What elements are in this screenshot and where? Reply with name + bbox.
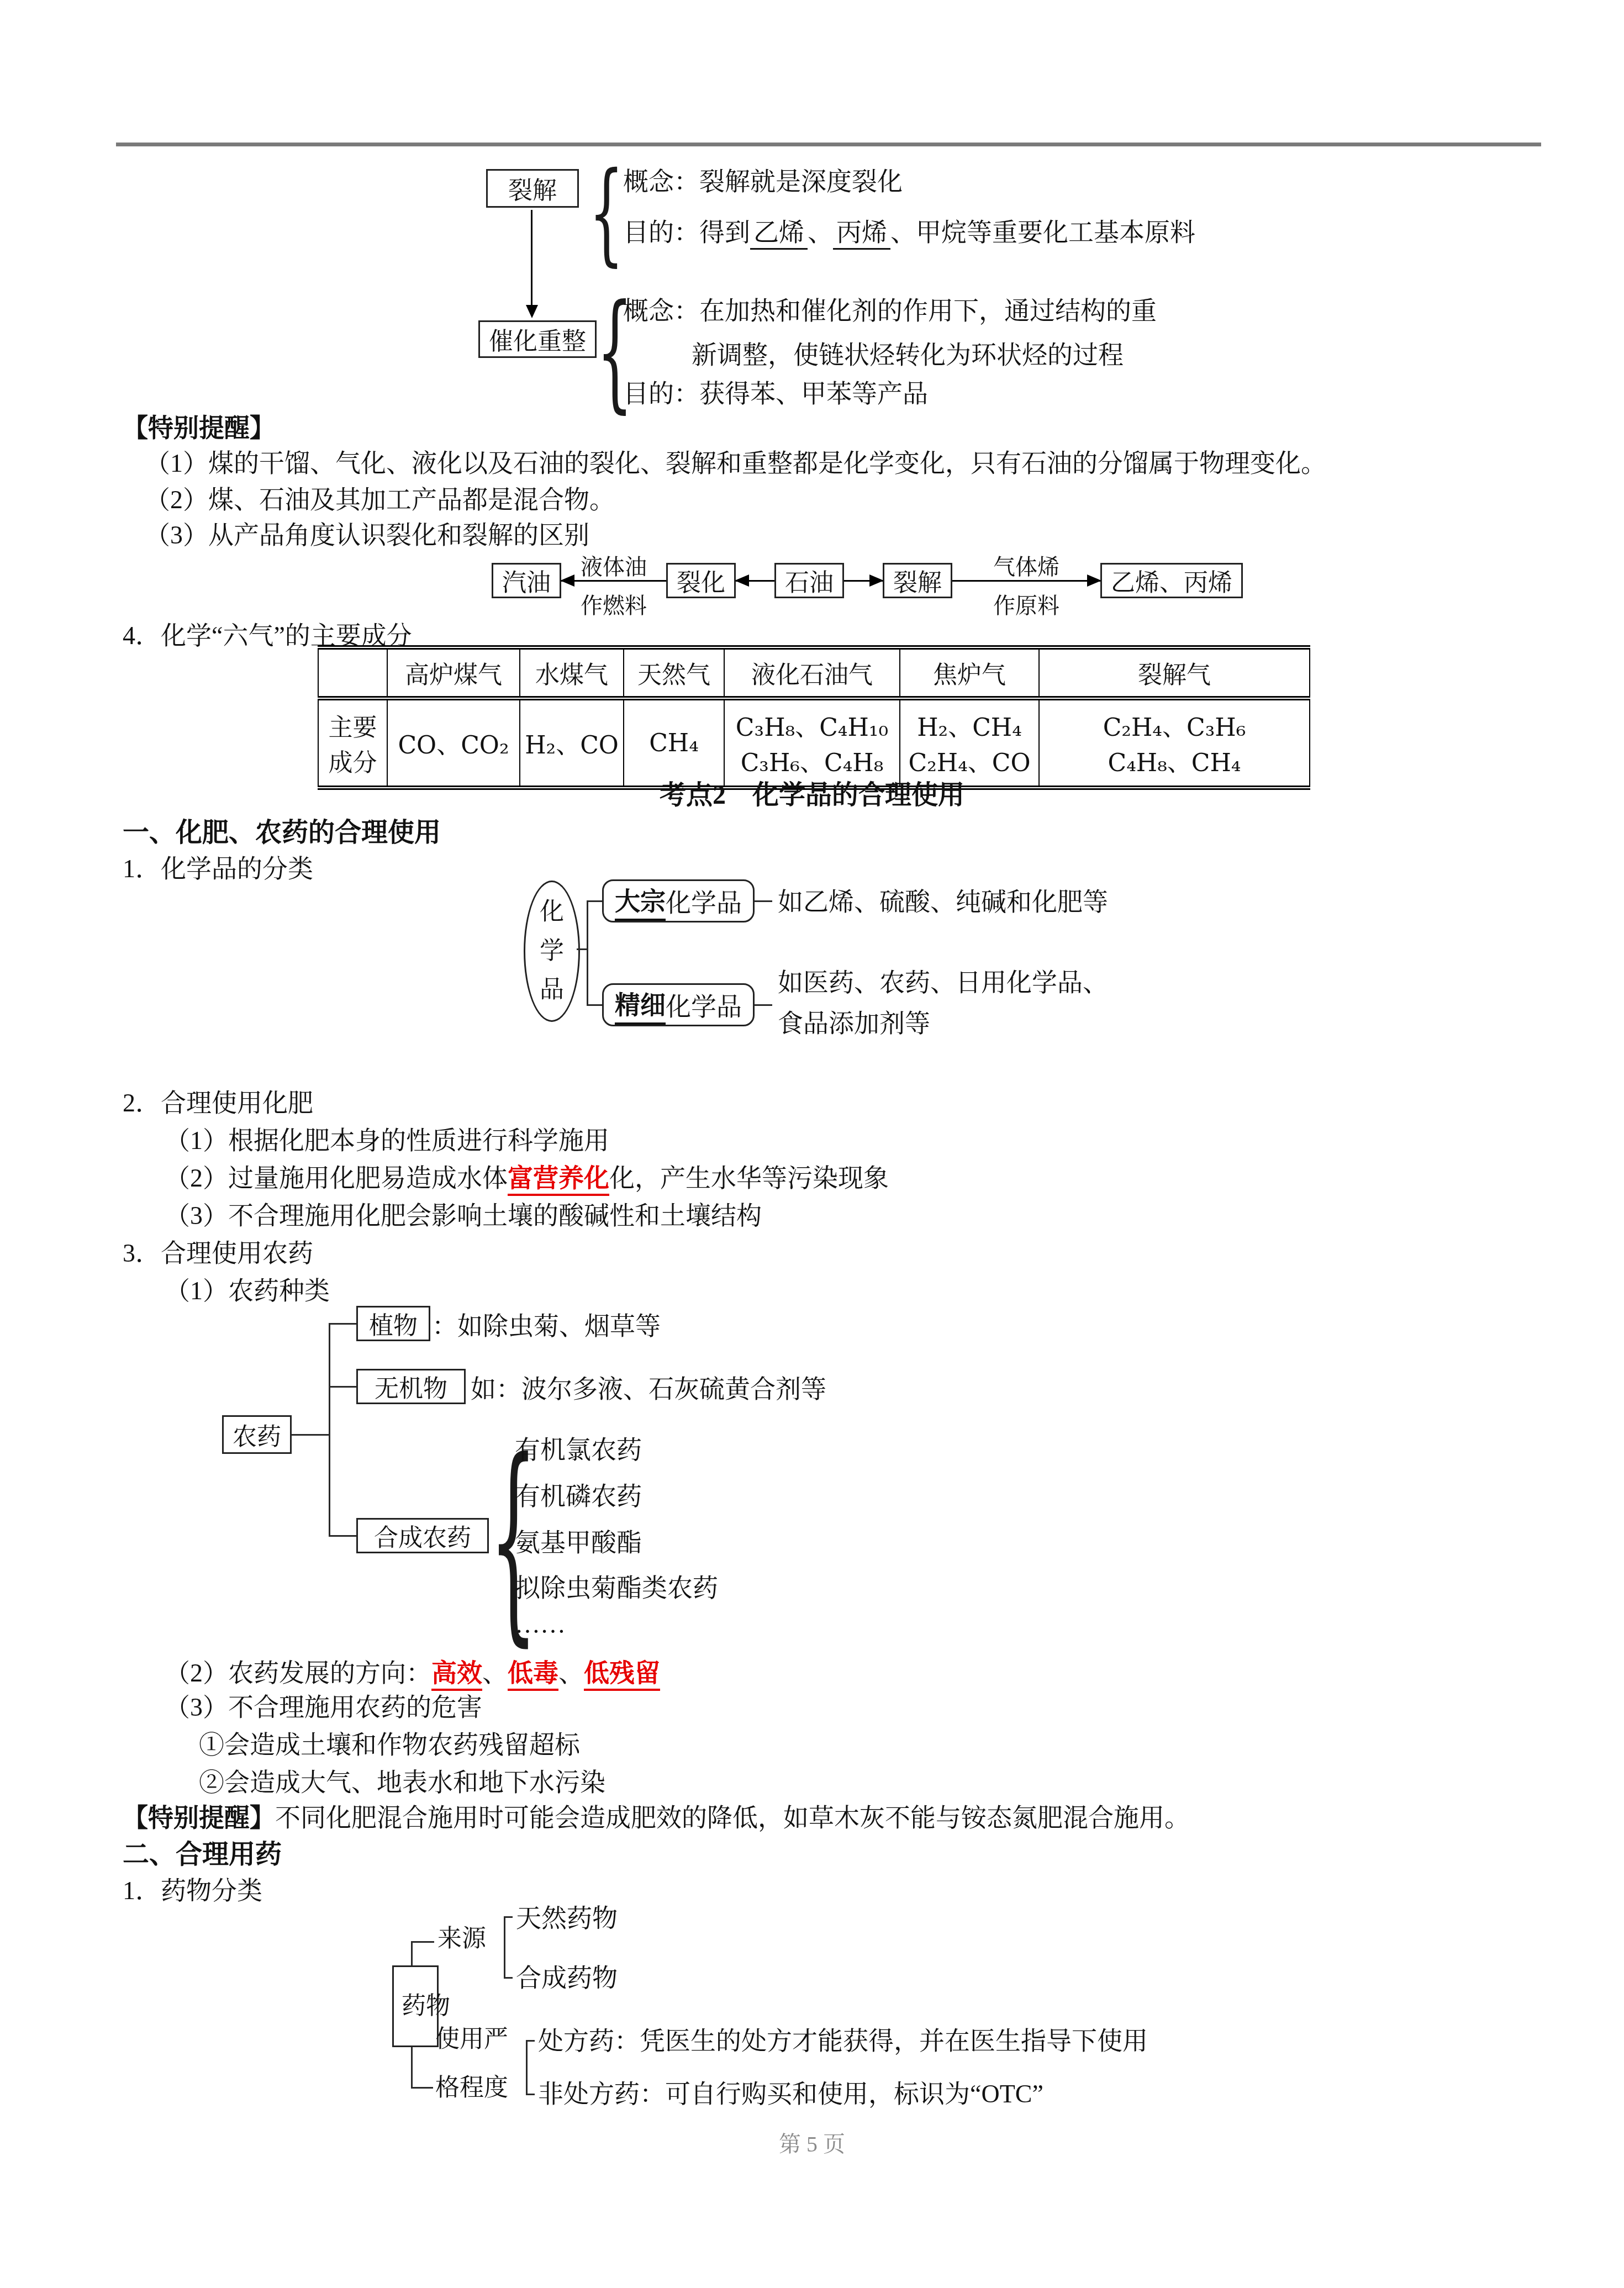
pesticide-harm-1: ①会造成土壤和作物农药残留超标 — [199, 1729, 580, 1761]
drug-root-label: 药物 — [402, 1987, 429, 2026]
connector-line — [329, 1324, 330, 1537]
arrow-head-down-icon — [526, 305, 538, 318]
connector-line — [411, 1941, 413, 1965]
pesticide-item-3: （3）不合理施用农药的危害 — [165, 1691, 482, 1723]
gas-composition-table: 高炉煤气 水煤气 天然气 液化石油气 焦炉气 裂解气 主要 成分 CO、CO₂ … — [318, 645, 1310, 790]
synthetic-list-item: 拟除虫菊酯类农药 — [515, 1572, 718, 1604]
data-cell: C₃H₈、C₄H₁₀ C₃H₆、C₄H₈ — [724, 698, 900, 788]
connector-line — [411, 2047, 413, 2088]
synthetic-list-item: 氨基甲酸酯 — [515, 1527, 642, 1559]
connector-line — [526, 2041, 528, 2095]
data-cell: CO、CO₂ — [387, 698, 520, 788]
arrow-label-top: 液体油 — [581, 550, 647, 581]
flow-box-products: 乙烯、丙烯 — [1100, 563, 1243, 598]
pyrolysis-concept-line: 概念：裂解就是深度裂化 — [623, 166, 903, 198]
node-pyrolysis-box: 裂解 — [486, 169, 579, 208]
arrow-head-right-icon — [869, 574, 884, 587]
connector-line — [329, 1386, 356, 1388]
otc-drug-line: 非处方药：可自行购买和使用，标识为“OTC” — [538, 2078, 1043, 2110]
connector-line — [577, 948, 587, 950]
node-reforming-box: 催化重整 — [478, 320, 597, 358]
data-cell: H₂、CO — [520, 698, 624, 788]
chem-products-root-ellipse: 化学品 — [524, 881, 580, 1022]
fertilizer-item-2: （2）过量施用化肥易造成水体富营养化化，产生水华等污染现象 — [165, 1162, 889, 1194]
low-residue-highlight: 低残留 — [584, 1659, 660, 1691]
data-cell: C₂H₄、C₃H₆ C₄H₈、CH₄ — [1039, 698, 1310, 788]
reminder2-line: 【特别提醒】不同化肥混合施用时可能会造成肥效的降低，如草木灰不能与铵态氮肥混合施… — [123, 1802, 1190, 1834]
connector-line — [755, 1004, 772, 1006]
fertilizer-item-1: （1）根据化肥本身的性质进行科学施用 — [165, 1125, 609, 1157]
fine-chemicals-bold: 精细 — [615, 985, 666, 1025]
item-chem-classification: 1．化学品的分类 — [123, 853, 313, 885]
answer-blank: 乙烯 — [750, 218, 808, 250]
inorganic-pesticide-desc: 如：波尔多液、石灰硫黄合剂等 — [471, 1373, 826, 1405]
pyrolysis-purpose-line: 目的：得到乙烯、丙烯、甲烷等重要化工基本原料 — [623, 217, 1195, 249]
header-cell: 高炉煤气 — [387, 647, 520, 698]
header-cell: 水煤气 — [520, 647, 624, 698]
reminder-tag: 【特别提醒】 — [123, 412, 275, 444]
header-cell: 液化石油气 — [724, 647, 900, 698]
reminder-item-3: （3）从产品角度认识裂化和裂解的区别 — [145, 519, 589, 551]
synthetic-list-item: 有机氯农药 — [515, 1434, 642, 1466]
node-reforming-label: 催化重整 — [489, 321, 586, 357]
flow-box-petroleum: 石油 — [774, 563, 844, 598]
answer-blank: 丙烯 — [833, 218, 890, 250]
connector-line — [411, 2087, 433, 2089]
synthetic-list-item: …… — [515, 1609, 566, 1641]
flow-arrow-left-long: 液体油 作燃料 — [561, 580, 666, 582]
connector-line — [504, 1916, 513, 1918]
arrow-head-right-icon — [1087, 574, 1101, 587]
pesticide-item-1: （1）农药种类 — [165, 1275, 330, 1307]
usage-strictness-label-line2: 格程度 — [435, 2073, 508, 2103]
inorganic-pesticide-box: 无机物 — [356, 1369, 466, 1404]
section-two-heading: 二、合理用药 — [123, 1838, 282, 1871]
data-cell: CH₄ — [624, 698, 724, 788]
connector-line — [755, 900, 772, 902]
connector-line — [587, 900, 602, 902]
flow-box-pyrolysis: 裂解 — [883, 563, 952, 598]
reminder-item-1: （1）煤的干馏、气化、液化以及石油的裂化、裂解和重整都是化学变化，只有石油的分馏… — [145, 447, 1326, 479]
pesticide-root-box: 农药 — [222, 1415, 292, 1454]
header-cell: 天然气 — [624, 647, 724, 698]
reforming-concept-line1: 概念：在加热和催化剂的作用下，通过结构的重 — [623, 295, 1157, 327]
fine-chemicals-desc-line2: 食品添加剂等 — [778, 1008, 930, 1040]
chem-products-root-label: 化学品 — [538, 893, 566, 1009]
synthetic-pesticide-box: 合成农药 — [356, 1518, 489, 1553]
kaodian2-heading: 考点2 化学品的合理使用 — [0, 779, 1624, 812]
bulk-chemicals-bold: 大宗 — [615, 881, 666, 921]
connector-line — [587, 1004, 602, 1006]
connector-line — [504, 1917, 505, 1979]
pesticide-heading: 3．合理使用农药 — [123, 1237, 313, 1269]
flow-arrow-right-short — [844, 580, 883, 582]
arrow-head-left-icon — [735, 574, 749, 587]
connector-line — [292, 1434, 329, 1436]
connector-line — [329, 1535, 356, 1537]
pesticide-item-2: （2）农药发展的方向：高效、低毒、低残留 — [165, 1657, 660, 1689]
prescription-drug-line: 处方药：凭医生的处方才能获得，并在医生指导下使用 — [538, 2025, 1148, 2057]
flow-box-gasoline: 汽油 — [492, 563, 561, 598]
natural-drug-label: 天然药物 — [516, 1902, 618, 1934]
drug-root-box: 药物 — [392, 1965, 439, 2047]
source-branch-label: 来源 — [437, 1923, 486, 1954]
petroleum-flow-diagram: 汽油 液体油 作燃料 裂化 石油 裂解 气体烯 作原料 乙烯、丙烯 — [492, 562, 1243, 599]
fertilizer-item-3: （3）不合理施用化肥会影响土壤的酸碱性和土壤结构 — [165, 1200, 762, 1232]
data-cell: H₂、CH₄ C₂H₄、CO — [900, 698, 1039, 788]
arrow-label-bottom: 作原料 — [993, 588, 1059, 620]
header-cell — [318, 647, 387, 698]
connector-line — [411, 1941, 434, 1943]
document-page: 裂解 { 概念：裂解就是深度裂化 目的：得到乙烯、丙烯、甲烷等重要化工基本原料 … — [0, 0, 1624, 2288]
plant-pesticide-box: 植物 — [356, 1306, 430, 1341]
eutrophication-highlight: 富营养化 — [508, 1164, 609, 1196]
connector-line — [526, 2040, 535, 2042]
reforming-concept-line2: 新调整，使链状烃转化为环状烃的过程 — [692, 339, 1124, 371]
header-rule — [116, 143, 1541, 146]
arrow-label-bottom: 作燃料 — [581, 588, 647, 620]
flow-arrow-left-short — [736, 580, 774, 582]
bulk-chemicals-box: 大宗化学品 — [602, 879, 755, 922]
flow-arrow-right-long: 气体烯 作原料 — [952, 580, 1100, 582]
table-data-row: 主要 成分 CO、CO₂ H₂、CO CH₄ C₃H₈、C₄H₁₀ C₃H₆、C… — [318, 698, 1310, 788]
connector-line — [504, 1977, 513, 1979]
synthetic-list-item: 有机磷农药 — [515, 1480, 642, 1512]
plant-pesticide-desc: ：如除虫菊、烟草等 — [432, 1310, 661, 1342]
reforming-purpose-line: 目的：获得苯、甲苯等产品 — [623, 378, 928, 410]
section-one-heading: 一、化肥、农药的合理使用 — [123, 816, 441, 850]
header-cell: 裂解气 — [1039, 647, 1310, 698]
item-drug-classification: 1．药物分类 — [123, 1875, 262, 1907]
brace-icon: { — [589, 158, 624, 268]
down-arrow — [531, 210, 532, 307]
connector-line — [329, 1323, 356, 1325]
arrow-head-left-icon — [560, 574, 574, 587]
table-header-row: 高炉煤气 水煤气 天然气 液化石油气 焦炉气 裂解气 — [318, 647, 1310, 698]
pesticide-harm-2: ②会造成大气、地表水和地下水污染 — [199, 1767, 605, 1799]
reminder-item-2: （2）煤、石油及其加工产品都是混合物。 — [145, 484, 615, 516]
page-number: 第 5 页 — [0, 2127, 1624, 2158]
fine-chemicals-box: 精细化学品 — [602, 983, 755, 1026]
high-efficiency-highlight: 高效 — [431, 1659, 482, 1691]
fine-chemicals-desc-line1: 如医药、农药、日用化学品、 — [778, 967, 1108, 999]
node-pyrolysis-label: 裂解 — [508, 171, 557, 206]
reminder-tag: 【特别提醒】 — [123, 1804, 275, 1832]
synthetic-drug-label: 合成药物 — [516, 1962, 618, 1994]
row-label-cell: 主要 成分 — [318, 698, 387, 788]
connector-line — [587, 901, 588, 1006]
arrow-label-top: 气体烯 — [993, 550, 1059, 581]
low-toxicity-highlight: 低毒 — [508, 1659, 558, 1691]
bulk-chemicals-desc: 如乙烯、硫酸、纯碱和化肥等 — [778, 886, 1108, 918]
connector-line — [526, 2094, 535, 2095]
header-cell: 焦炉气 — [900, 647, 1039, 698]
flow-box-cracking: 裂化 — [666, 563, 736, 598]
fertilizer-heading: 2．合理使用化肥 — [123, 1087, 313, 1119]
usage-strictness-label-line1: 使用严 — [435, 2024, 508, 2054]
